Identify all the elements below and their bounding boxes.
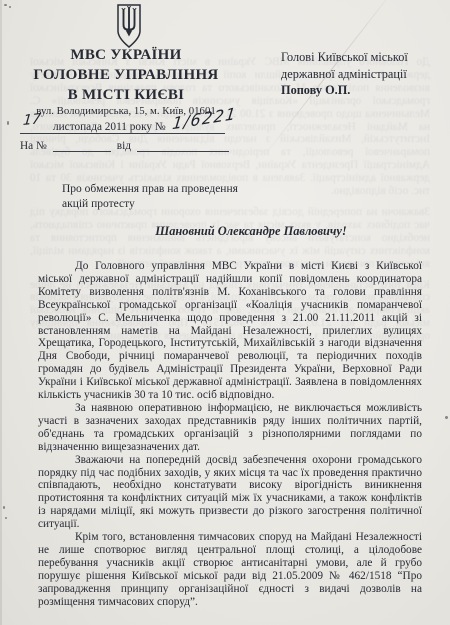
body-paragraph: До Головного управління МВС України в мі… [38,260,422,402]
scan-speck [5,517,7,519]
recipient-block: Голові Київської міської державної адмін… [281,49,443,99]
scanned-letter-page: До Головного управління МВС України в мі… [0,0,450,625]
ref-number-blank [53,151,111,152]
letter-body: До Головного управління МВС України в мі… [38,260,422,608]
recipient-line: державної адміністрації [281,66,443,83]
org-name-line: МВС УКРАЇНИ [12,45,240,65]
ref-vid-label: від [117,140,131,152]
date-printed-text: листопада 2011 року № [50,121,169,134]
scan-edge-shadow [0,0,2,625]
org-name-line: ГОЛОВНЕ УПРАВЛІННЯ [12,65,240,85]
subject-line: акцій протесту [62,197,282,212]
scan-speck [9,6,11,8]
day-blank-line [20,133,50,134]
body-paragraph: За наявною оперативною інформацією, не в… [38,402,422,454]
recipient-line: Голові Київської міської [281,49,443,66]
scan-speck [445,416,448,419]
scan-speck [4,4,7,6]
recipient-name: Попову О.П. [281,82,443,99]
scan-speck [7,121,9,125]
handwritten-day: 17 [22,111,41,129]
ref-na-label: На № [20,140,47,152]
sender-org-block: МВС УКРАЇНИ ГОЛОВНЕ УПРАВЛІННЯ В МІСТІ К… [12,45,240,105]
org-name-line: В МІСТІ КИЄВІ [12,85,240,105]
subject-block: Про обмеження прав на проведення акцій п… [62,182,282,212]
number-blank-line [169,133,225,134]
body-paragraph: Крім того, встановлення тимчасових спору… [38,531,422,608]
tryzub-emblem-icon [114,3,144,49]
scan-speck [3,506,5,509]
ref-date-blank [137,151,229,152]
body-paragraph: Зважаючи на попередній досвід забезпечен… [38,454,422,531]
subject-line: Про обмеження прав на проведення [62,182,282,197]
salutation: Шановний Олександре Павловичу! [38,224,422,239]
date-line: листопада 2011 року № 17 1/6221 [20,119,225,134]
reference-line: На № від [20,138,229,152]
